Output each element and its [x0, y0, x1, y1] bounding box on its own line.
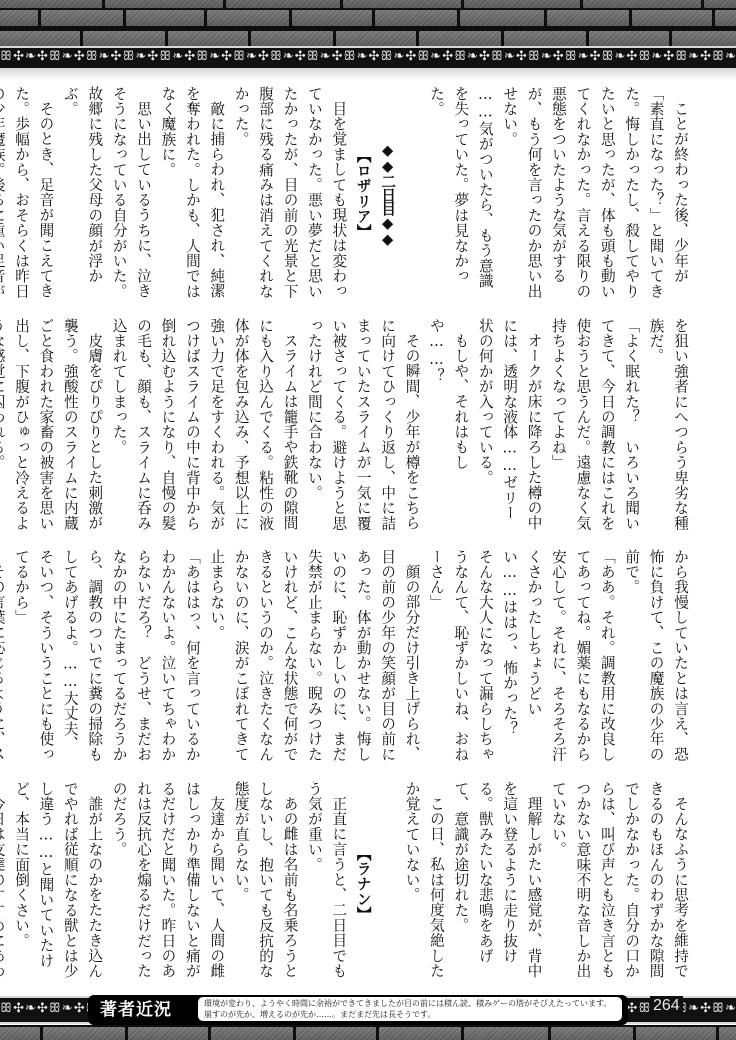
- paragraph: 理解しがたい感覚が、背中を這い登るように走り抜ける。獣みたいな悲鳴をあげて、意識…: [448, 781, 546, 987]
- text-tier-1: ことが終わった後、少年が「素直になった？」と聞いてきた。悔しかったし、殺してやり…: [62, 86, 692, 302]
- paragraph: 皮膚をぴりぴりとした刺激が襲う。強酸性のスライムに内蔵ごと食われた家畜の被害を思…: [0, 318, 106, 534]
- paragraph: その言葉に応じるように、スライムが蠕動する。: [0, 549, 9, 765]
- paragraph: スライムは籠手や鉄靴の隙間にも入り込んでくる。粘性の液体が体を包み込み、予想以上…: [106, 318, 301, 534]
- paragraph: オークが床に降ろした樽の中には、透明な液体……ゼリー状の何かが入っている。: [472, 318, 545, 534]
- ornamental-frieze-top: ꕥ✣❧✣ꕥ❧✣ꕥ❧✣ꕥ❧✣ꕥ❧✣ꕥ❧✣ꕥ❧✣ꕥ❧✣ꕥ❧✣ꕥ❧✣ꕥ❧✣ꕥ❧✣ꕥ❧✣…: [0, 46, 736, 70]
- paragraph: から我慢していたとは言え、恐怖に負けて、この魔族の少年の前で。: [619, 549, 692, 765]
- paragraph: 顔の部分だけ引き上げられ、目の前の少年の笑顔が目の前にあった。体が動かせない。悔…: [204, 549, 424, 765]
- paragraph: 「あははっ、何を言っているかわかんないよ。泣いてちゃわからないだろ？ どうせ、ま…: [9, 549, 204, 765]
- paragraph: もしや、それはもしや……？: [424, 318, 473, 534]
- paragraph: そのとき、足音が聞こえてきた。歩幅から、おそらくは昨日の少年魔族。後ろに重い足音…: [0, 86, 57, 302]
- author-note-label: 著者近況: [100, 998, 172, 1022]
- top-brick-border: [0, 0, 736, 48]
- paragraph: 思い出しているうちに、泣きそうになっている自分がいた。故郷に残した父母の顔が浮か…: [57, 86, 155, 302]
- section-heading-character: 【ラナン】: [350, 781, 374, 987]
- paragraph: その瞬間、少年が樽をこちらに向けてひっくり返し、中に詰まっていたスライムが一気に…: [302, 318, 424, 534]
- author-note-text: 環境が変わり、ようやく時間に余裕ができてきましたが目の前には積ん読、積みゲーの塔…: [198, 997, 622, 1021]
- paragraph: 「ああ。それ。調教用に改良してあってね。媚薬にもなるから安心して。それに、そろそ…: [424, 549, 619, 765]
- section-heading-character: 【ロザリア】: [350, 86, 374, 302]
- paragraph: この日、私は何度気絶したか覚えていない。: [399, 781, 448, 987]
- paragraph: 目を覚ましても現状は変わっていなかった。悪い夢だと思いたかったが、目の前の光景と…: [228, 86, 350, 302]
- section-heading-day: ◆◆二日目◆◆: [375, 86, 399, 302]
- paragraph: 敵に捕らわれ、犯され、純潔を奪われた。しかも、人間ではなく魔族に。: [155, 86, 228, 302]
- paragraph: 誰が上なのかをたたき込んでやれば従順になる獣とは少し違う……と聞いていたけど、本…: [9, 781, 107, 987]
- paragraph: 「よく眠れた？ いろいろ聞いてきて、今日の調教にはこれを使おうと思うんだ。遠慮な…: [546, 318, 644, 534]
- paragraph: を狙い強者にへつらう卑劣な種族だ。: [643, 318, 692, 534]
- paragraph: 正直に言うと、二日目でもう気が重い。: [302, 781, 351, 987]
- bottom-brick-border: [0, 1025, 736, 1040]
- paragraph: そんなふうに思考を維持できるのもほんのわずかな隙間でしかなかった。自分の口からは…: [546, 781, 692, 987]
- paragraph: ことが終わった後、少年が「素直になった？」と聞いてきた。悔しかったし、殺してやり…: [497, 86, 692, 302]
- paragraph: 友達から聞いて、人間の雌はしっかり準備しないと痛がるだけだと聞いた。昨日のあれは…: [106, 781, 228, 987]
- text-tier-3: から我慢していたとは言え、恐怖に負けて、この魔族の少年の前で。 「ああ。それ。調…: [62, 549, 692, 765]
- paragraph: 今日は友達のすすめにあわせて、媚薬を仕込んだそれ用のスライムを使って気持ちよくさ…: [0, 781, 9, 987]
- text-tier-2: を狙い強者にへつらう卑劣な種族だ。 「よく眠れた？ いろいろ聞いてきて、今日の調…: [62, 318, 692, 534]
- paragraph: あの雌は名前も名乗ろうとしないし、抱いても反抗的な態度が直らない。: [228, 781, 301, 987]
- text-tier-4: そんなふうに思考を維持できるのもほんのわずかな隙間でしかなかった。自分の口からは…: [62, 781, 692, 987]
- paragraph: ……気がついたら、もう意識を失っていた。夢は見なかった。: [424, 86, 497, 302]
- frieze-shadow: [0, 70, 736, 80]
- page-number: 264: [650, 996, 683, 1016]
